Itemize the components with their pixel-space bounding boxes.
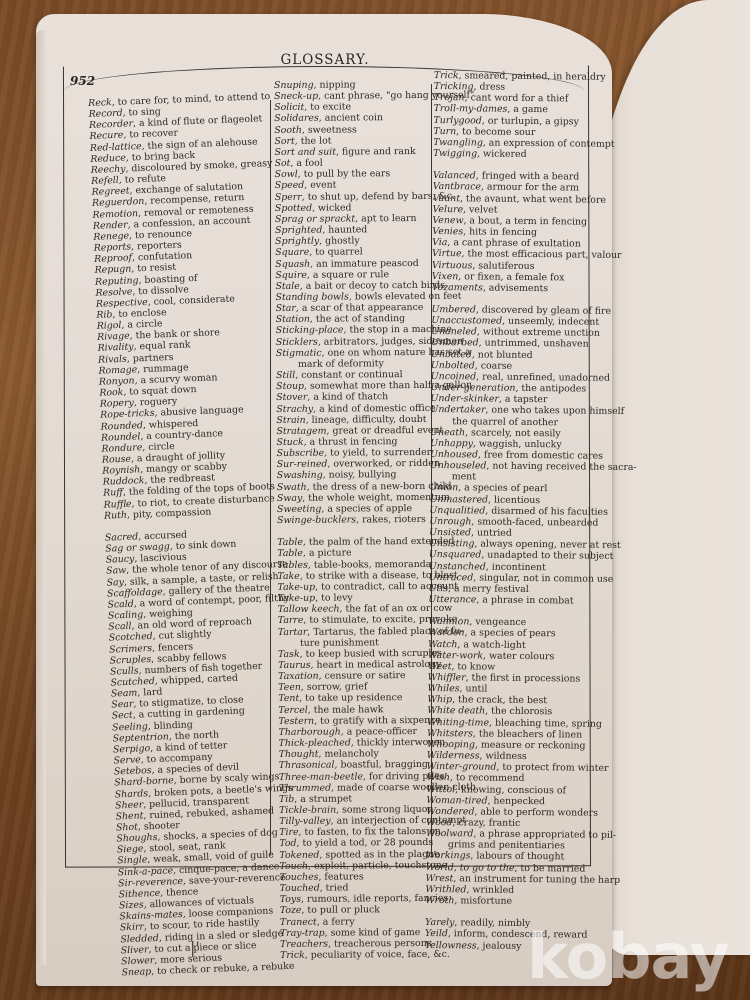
entry-term: Thrummed (279, 782, 331, 793)
entry-term: Whitsters (427, 728, 473, 739)
entry-term: Stover (276, 392, 307, 403)
page-number: 952 (70, 74, 95, 88)
entry-term: Stoup (276, 381, 304, 392)
entry-term: Tire (279, 827, 298, 838)
entry-term: Unhoused (430, 449, 478, 461)
entry-term: Tent (278, 693, 299, 704)
glossary-entry: Vozaments, advisements (432, 282, 639, 295)
entry-term: Treachers (280, 939, 328, 950)
entry-term: Vozaments (432, 282, 483, 294)
entry-term: Unrough (429, 516, 471, 527)
entry-definition: , vengeance (469, 617, 526, 629)
entry-term: Venew (432, 215, 463, 226)
entry-definition: , the male hawk (308, 704, 384, 716)
entry-term: Taurus (278, 660, 311, 671)
entry-term: Table (277, 548, 303, 559)
entry-definition: , a fool (290, 158, 322, 169)
entry-term: Table (277, 537, 303, 548)
entry-continuation: ture punishment (300, 637, 379, 649)
entry-definition: , a watch-light (457, 639, 525, 651)
entry-term: Tricking (434, 81, 474, 92)
entry-term: Sculls (110, 665, 139, 677)
entry-term: Tib (279, 794, 294, 805)
entry-term: Unbated (431, 349, 472, 360)
entry-definition: , to levy (315, 592, 353, 603)
entry-term: Virtue (432, 248, 462, 259)
entry-term: Whiles (427, 683, 459, 694)
entry-definition: , a species of apple (321, 503, 412, 515)
entry-term: Writhled (425, 884, 466, 895)
entry-definition: , to take up residence (299, 693, 402, 705)
entry-term: Whip (427, 694, 452, 705)
entry-term: Swinge-bucklers (277, 515, 356, 527)
entry-definition: , some strong liquor (336, 804, 432, 816)
entry-definition: , armour for the arm (481, 182, 579, 194)
entry-term: Squash (275, 258, 310, 269)
entry-term: Seam (111, 688, 138, 700)
entry-term: Wittol (426, 783, 455, 794)
entry-definition: , some kind of game (325, 927, 421, 939)
entry-term: Tranect (280, 916, 317, 927)
entry-definition: , to pull or pluck (301, 905, 380, 917)
page-gutter (36, 30, 46, 965)
entry-term: Spotted (275, 202, 312, 213)
entry-term: Whooping (427, 739, 475, 751)
entry-definition: , a peace-officer (341, 726, 417, 738)
entry-definition: , a kind of domestic office (313, 402, 435, 414)
entry-term: Untraced (429, 572, 474, 583)
entry-term: Turlygood (433, 115, 481, 127)
entry-definition: , readily, nimbly (454, 918, 530, 930)
entry-definition: , water colours (483, 650, 554, 662)
entry-definition: , the bleachers of linen (473, 728, 582, 740)
entry-term: Turn (433, 126, 456, 137)
entry-term: Woman-tired (426, 795, 487, 807)
entry-term: Tod (279, 838, 296, 849)
entry-term: Unstanched (429, 561, 486, 573)
entry-term: Twigging (433, 148, 477, 159)
entry-term: Siege (117, 844, 144, 856)
entry-definition: , heart in medical astrology (311, 659, 442, 671)
entry-term: Star (276, 303, 296, 314)
entry-definition: , ancient coin (319, 113, 383, 124)
entry-term: Standing bowls (275, 291, 348, 303)
entry-term: Sticklers (276, 336, 318, 347)
entry-term: World, to go to the (426, 862, 515, 874)
entry-term: Tarre (278, 615, 304, 626)
entry-definition: , a species of pears (465, 628, 556, 640)
entry-term: Three-man-beetle (279, 771, 363, 783)
entry-term: Troll-my-dames (434, 103, 508, 115)
entry-term: Thrasonical (279, 760, 335, 771)
entry-term: Take (277, 571, 299, 582)
entry-term: Velure (432, 204, 463, 215)
entry-term: Task (278, 649, 300, 660)
entry-term: Tartar (278, 626, 308, 637)
entry-term: Sprightly (275, 236, 319, 247)
entry-term: Wood (426, 817, 452, 828)
entry-definition: , to keep busied with scruples (300, 648, 442, 660)
entry-term: Union (430, 482, 459, 493)
entry-term: Wish (427, 772, 450, 783)
entry-definition: , licentious (488, 494, 540, 506)
entry-definition: , not blunted (472, 349, 533, 361)
entry-term: Workings (426, 850, 471, 861)
entry-term: Sot (275, 158, 291, 169)
entry-term: Twangling (433, 137, 483, 149)
entry-definition: , ghostly (319, 236, 360, 247)
entry-term: Speed (275, 180, 305, 191)
entry-definition: , the act of standing (310, 313, 405, 325)
entry-term: Sooth (274, 124, 302, 135)
entry-definition: , to be married (514, 863, 585, 875)
entry-definition: , hits in fencing (463, 226, 537, 238)
entry-definition: , a strumpet (294, 793, 352, 804)
entry-term: Trick (434, 70, 459, 81)
entry-definition: , wildness (479, 751, 526, 762)
entry-definition: , to quarrel (309, 247, 363, 258)
entry-definition: , constant or continual (295, 369, 402, 381)
entry-definition: , treacherous persons (328, 938, 432, 950)
entry-continuation: the quarrel of another (452, 416, 558, 428)
entry-definition: , equal rank (133, 340, 190, 353)
entry-definition: , sweetness (302, 124, 357, 135)
entry-definition: , wickered (477, 149, 527, 161)
entry-term: Thick-pleached (279, 738, 351, 750)
entry-definition: , misfortune (454, 895, 512, 907)
entry-term: Sect (112, 710, 133, 722)
entry-term: Toys (280, 894, 301, 905)
entry-term: Swath (277, 481, 307, 492)
entry-definition: , lineage, difficulty, doubt (306, 414, 427, 426)
entry-definition: , features (318, 871, 363, 882)
entry-definition: , a game (507, 104, 548, 115)
entry-definition: , apt to learn (355, 213, 416, 224)
entry-definition: , velvet (463, 204, 498, 215)
entry-term: Uncoined (431, 371, 477, 382)
glossary-column-1: Reck, to care for, to mind, to attend to… (88, 91, 304, 979)
entry-term: Tercel (278, 704, 307, 715)
entry-definition: , overworked, or ridden (327, 458, 440, 470)
entry-term: Thought (279, 749, 319, 760)
entry-definition: , to become sour (456, 126, 535, 138)
entry-term: Whiffler (428, 672, 466, 683)
entry-definition: , waggish, unlucky (473, 438, 562, 450)
entry-definition: , fringed with a beard (476, 171, 580, 183)
entry-definition: , untrimmed, unshaven (479, 338, 589, 350)
entry-definition: , until (459, 683, 487, 694)
entry-term: Undertaker (430, 404, 485, 416)
entry-term: Woolward (426, 828, 474, 839)
entry-term: Tables (277, 559, 308, 570)
entry-continuation: mark of deformity (298, 358, 384, 370)
entry-definition: , a phrase in combat (476, 595, 573, 607)
pencil-mark: |' (190, 938, 200, 957)
entry-definition: , scarcely, not easily (465, 427, 561, 439)
entry-term: Testern (278, 715, 314, 726)
entry-term: Sneap (121, 966, 151, 978)
entry-term: Touch (279, 861, 308, 872)
entry-term: Utterance (428, 594, 476, 606)
entry-term: Reck (88, 97, 112, 109)
entry-term: Trojan (434, 92, 465, 103)
entry-definition: , to yield, to surrender (324, 447, 431, 459)
entry-term: Take-up (278, 593, 316, 604)
entry-definition: , wicked (312, 202, 352, 213)
entry-term: Saucy (106, 554, 135, 566)
entry-definition: , a thrust in fencing (304, 436, 398, 448)
entry-term: Unsisting (429, 538, 474, 549)
entry-term: Sort and suit (274, 147, 336, 158)
entry-definition: , a bait or decoy to catch birds (300, 280, 445, 292)
entry-term: Shot (116, 822, 138, 834)
entry-term: Warden (428, 627, 465, 638)
entry-definition: , unseemly, indecent (502, 316, 599, 328)
entry-definition: , the crack, the best (452, 695, 547, 707)
entry-term: Sizes (119, 900, 144, 912)
entry-term: Sneck-up (274, 91, 318, 102)
page-title: GLOSSARY. (0, 52, 650, 68)
entry-definition: , a ferry (317, 916, 355, 927)
entry-definition: , wrinkled (466, 884, 514, 895)
entry-term: Wondered (426, 806, 474, 818)
entry-term: Yellowness (425, 940, 477, 952)
entry-term: Ruffle (103, 498, 131, 510)
entry-definition: , melancholy (318, 749, 378, 760)
entry-term: Snuping (274, 80, 314, 91)
entry-term: Tray-trap (280, 927, 325, 938)
entry-term: Solidares (274, 113, 319, 124)
entry-term: Sheer (115, 799, 143, 811)
entry-term: Vaunt (433, 193, 460, 204)
entry-term: Sprighted (275, 225, 322, 236)
entry-definition: , to fasten, to fix the talons on (298, 826, 440, 838)
entry-definition: , coarse (475, 360, 512, 371)
entry-definition: , a merry festival (448, 583, 529, 595)
entry-definition: , to excite (304, 102, 351, 113)
entry-definition: , crazy, frantic (452, 817, 520, 829)
entry-term: White death (427, 705, 485, 717)
entry-term: Wroth (425, 895, 454, 906)
entry-term: Stigmatic (276, 347, 322, 358)
entry-definition: , spotted as in the plague (319, 848, 439, 860)
entry-term: Swashing (277, 470, 323, 481)
entry-definition: , a tapster (499, 394, 548, 406)
entry-term: Tallow keech (278, 604, 340, 615)
entry-term: Unmastered (429, 494, 488, 506)
entry-term: Vixen (432, 271, 459, 282)
entry-definition: , to recommend (450, 773, 525, 785)
entry-definition: , a picture (303, 548, 352, 559)
entry-term: Sur-reined (277, 459, 328, 470)
entry-term: Unhappy (430, 438, 473, 449)
entry-term: Venies (432, 226, 463, 237)
entry-definition: , nipping (314, 79, 356, 90)
entry-term: Trick (280, 950, 305, 961)
entry-term: Refell (91, 175, 119, 187)
glossary-entry: Utterance, a phrase in combat (428, 594, 635, 607)
entry-term: Yeild (425, 928, 448, 939)
entry-term: Toze (280, 905, 302, 916)
entry-term: Unbarbed (431, 337, 479, 348)
entry-term: Saw (106, 565, 126, 577)
entry-term: Scald (107, 598, 134, 610)
entry-term: Stuck (276, 437, 303, 448)
entry-definition: , an immature peascod (310, 257, 419, 269)
entry-term: Unsisted (429, 527, 471, 538)
entry-term: Shent (115, 810, 143, 822)
entry-term: Sprag or sprackt (275, 213, 355, 225)
entry-definition: , henpecked (487, 795, 545, 807)
entry-term: Station (276, 314, 310, 325)
entry-term: Say (106, 577, 124, 589)
watermark-logo: kobay (527, 920, 729, 993)
entry-definition: , dress (473, 82, 505, 93)
entry-term: Scall (108, 621, 132, 633)
entry-definition: , the whole weight, momentum (302, 492, 450, 504)
entry-definition: , to yield a tod, or 28 pounds (296, 837, 433, 849)
entry-term: Tilly-valley (279, 816, 331, 827)
entry-definition: , cant word for a thief (465, 93, 569, 105)
entry-definition: , or fixen, a female fox (458, 271, 564, 283)
entry-term: Tharborough (279, 726, 341, 737)
entry-term: Via (432, 237, 447, 248)
entry-term: Water-work (428, 650, 483, 662)
entry-definition: , not having received the sacra- (486, 461, 636, 474)
entry-term: Unaccustomed (431, 315, 502, 327)
entry-term: Strain (276, 414, 305, 425)
entry-definition: , salutiferous (472, 260, 534, 272)
entry-definition: , a species of pearl (458, 483, 547, 495)
entry-definition: , rakes, rioters (356, 514, 426, 525)
entry-definition: , to gratify with a sixpence (314, 715, 441, 727)
entry-definition: , incontinent (486, 561, 546, 573)
entry-term: Umbered (431, 304, 475, 315)
entry-term: Stale (275, 281, 299, 292)
entry-definition: , labours of thought (470, 851, 564, 863)
entry-term: Unaneled (431, 326, 477, 337)
entry-definition: , great or dreadful event (326, 425, 443, 437)
entry-term: Under-generation (431, 382, 516, 394)
entry-term: Valanced (433, 170, 476, 181)
entry-term: Uneath (430, 427, 465, 438)
entry-definition: , untried (471, 528, 512, 539)
entry-definition: , table-books, memoranda (308, 558, 432, 570)
entry-term: Ruff (103, 487, 123, 499)
entry-definition: , lard (137, 687, 162, 699)
entry-term: Wannion (428, 616, 469, 627)
entry-term: Squire (275, 269, 307, 280)
entry-term: Tickle-brain (279, 805, 336, 816)
entry-continuation: ment (452, 472, 476, 483)
entry-term: Rib (96, 309, 112, 321)
entry-term: Wrest (425, 873, 453, 884)
entry-term: Weet (428, 661, 452, 672)
entry-term: Stratagem (276, 425, 326, 436)
entry-definition: , or turlupin, a gipsy (482, 115, 579, 127)
entry-term: Rigol (97, 320, 122, 332)
entry-definition: , jealousy (477, 940, 522, 951)
entry-term: Touches (280, 872, 319, 883)
entry-term: Touched (280, 883, 320, 894)
entry-term: Sear (111, 699, 133, 711)
entry-definition: , censure or satire (319, 670, 406, 682)
entry-term: Unhouseled (430, 460, 487, 472)
entry-term: Sticking-place (276, 325, 344, 336)
entry-term: Unqualitied (429, 505, 485, 517)
entry-term: Watch (428, 638, 458, 649)
entry-term: Rivals (98, 353, 127, 365)
entry-definition: , the chlorosis (485, 706, 552, 718)
entry-term: Serve (113, 755, 141, 767)
entry-term: Square (275, 247, 309, 258)
entry-definition: , event (304, 180, 336, 191)
entry-term: Still (276, 370, 295, 381)
entry-term: Sliver (121, 944, 149, 956)
entry-definition: , sorrow, grief (301, 682, 367, 693)
entry-term: Unbolted (431, 360, 475, 371)
entry-term: Teen (278, 682, 301, 693)
entry-definition: , the antipodes (515, 383, 586, 395)
entry-term: Whiting-time (427, 717, 489, 729)
entry-term: Skirr (120, 922, 144, 934)
entry-term: Vantbrace (433, 181, 481, 193)
entry-term: Winter-ground (427, 761, 497, 773)
entry-term: Strachy (276, 403, 313, 414)
entry-term: Virtuous (432, 259, 473, 270)
entry-term: Ruth (104, 510, 127, 522)
entry-term: Rook (99, 387, 123, 399)
entry-definition: , tried (320, 883, 349, 894)
entry-definition: , haunted (322, 224, 367, 235)
entry-term: Solicit (274, 102, 304, 113)
entry-term: Take-up (278, 582, 316, 593)
entry-term: Sowl (275, 169, 298, 180)
entry-term: Sort (274, 136, 294, 147)
entry-definition: , the lot (295, 135, 332, 146)
entry-definition: , advisements (483, 282, 548, 294)
entry-definition: , noisy, bullying (323, 470, 397, 482)
entry-definition: , figure and rank (336, 146, 416, 158)
entry-term: Under-skinker (431, 393, 500, 405)
entry-definition: , a kind of thatch (307, 392, 388, 404)
entry-term: Tokened (279, 849, 319, 860)
entry-term: Yarely (425, 917, 454, 928)
glossary-column-3: Trick, smeared, painted, in heraldryTric… (425, 70, 641, 953)
entry-term: Wilderness (427, 750, 480, 762)
entry-definition: , to know (451, 661, 495, 672)
entry-term: Sweeting (277, 504, 321, 515)
entry-term: Taxation (278, 671, 319, 682)
entry-definition: , boastful, bragging (334, 759, 427, 771)
entry-term: Sway (277, 493, 302, 504)
entry-definition: , a square or rule (307, 269, 389, 281)
entry-term: Unsquared (429, 549, 482, 561)
entry-definition: , to pull by the ears (298, 168, 390, 180)
entry-term: Utis (429, 583, 449, 594)
entry-term: Sperr (275, 191, 302, 202)
entry-term: Subscribe (277, 448, 325, 459)
entry-definition: , a scar of that appearance (296, 302, 424, 314)
